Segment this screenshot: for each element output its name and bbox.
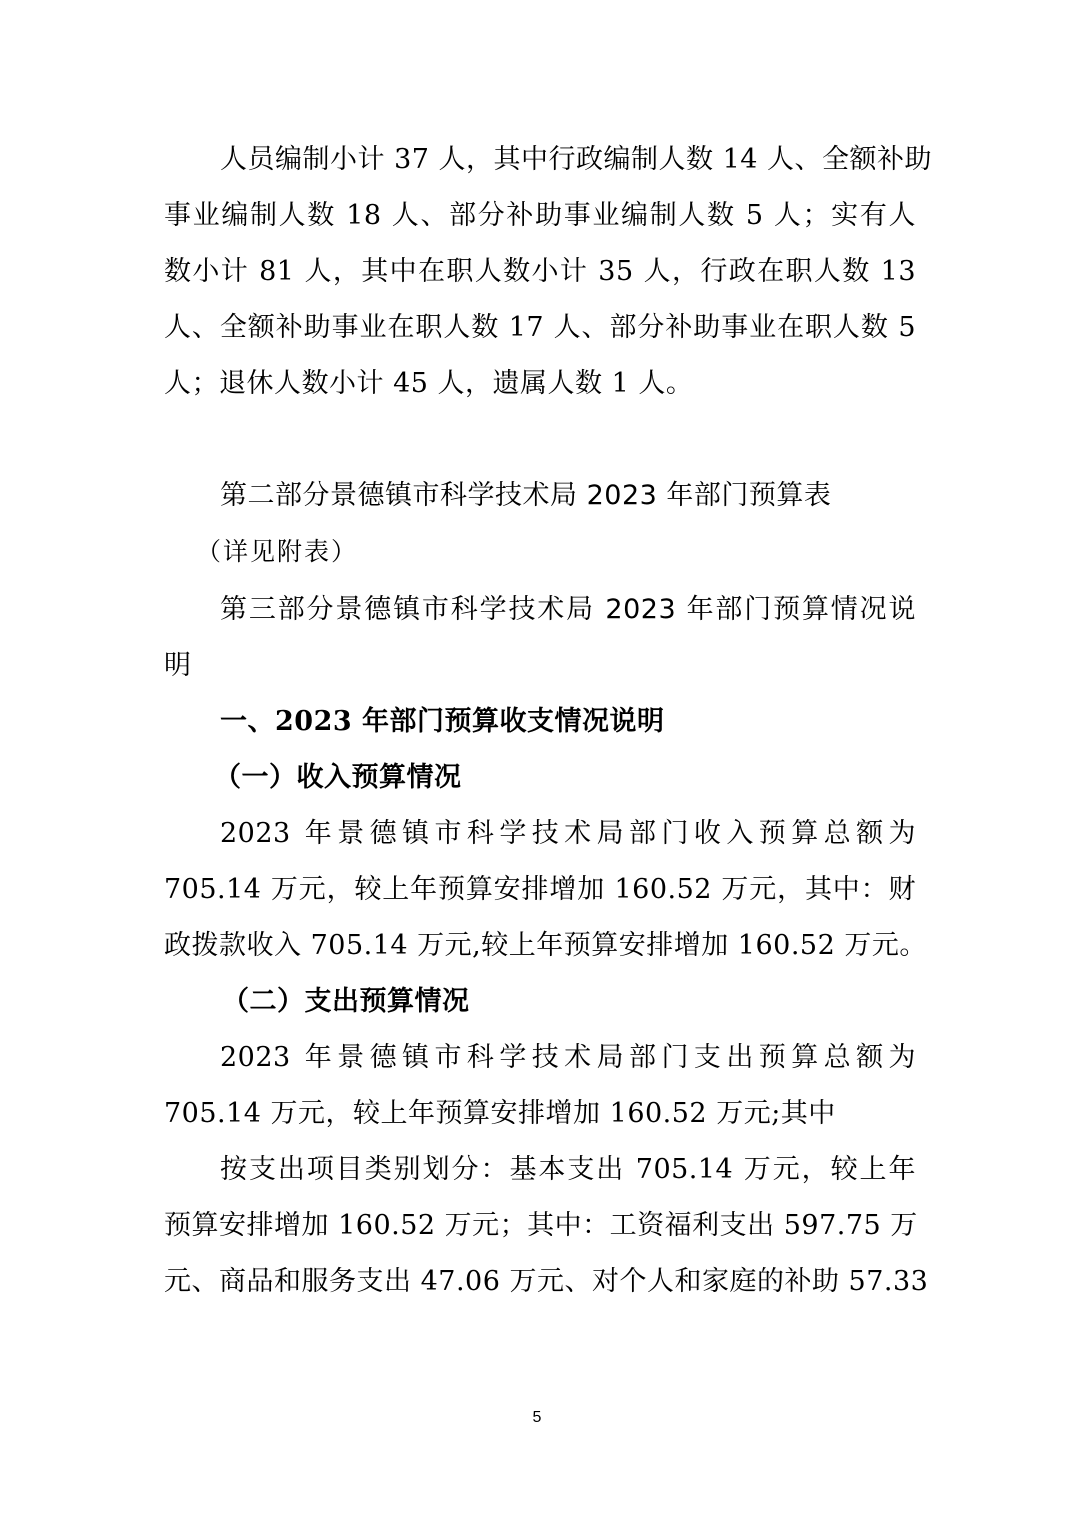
- income-line-2: 705.14 万元，较上年预算安排增加 160.52 万元，其中：财: [164, 870, 916, 910]
- staffing-line-4: 人、全额补助事业在职人数 17 人、部分补助事业在职人数 5: [164, 308, 916, 348]
- part-two-title: 第二部分景德镇市科学技术局 2023 年部门预算表: [220, 476, 916, 516]
- staffing-line-5: 人；退休人数小计 45 人，遗属人数 1 人。: [164, 364, 916, 404]
- expense-line-2: 705.14 万元，较上年预算安排增加 160.52 万元;其中: [164, 1094, 916, 1134]
- staffing-line-2: 事业编制人数 18 人、部分补助事业编制人数 5 人；实有人: [164, 196, 916, 236]
- expense-subtitle: （二）支出预算情况: [222, 982, 974, 1022]
- staffing-line-3: 数小计 81 人，其中在职人数小计 35 人，行政在职人数 13: [164, 252, 916, 292]
- expense-category-line-2: 预算安排增加 160.52 万元；其中：工资福利支出 597.75 万: [164, 1206, 916, 1246]
- document-page: 人员编制小计 37 人，其中行政编制人数 14 人、全额补助 事业编制人数 18…: [0, 0, 1074, 1520]
- part-two-note: （详见附表）: [196, 532, 948, 572]
- expense-category-line-1: 按支出项目类别划分：基本支出 705.14 万元，较上年: [220, 1150, 916, 1190]
- part-three-title-line-1: 第三部分景德镇市科学技术局 2023 年部门预算情况说: [220, 590, 916, 630]
- expense-category-line-3: 元、商品和服务支出 47.06 万元、对个人和家庭的补助 57.33: [164, 1262, 916, 1302]
- income-line-3: 政拨款收入 705.14 万元,较上年预算安排增加 160.52 万元。: [164, 926, 916, 966]
- part-three-title-line-2: 明: [164, 646, 916, 686]
- income-subtitle: （一）收入预算情况: [214, 758, 966, 798]
- expense-line-1: 2023 年景德镇市科学技术局部门支出预算总额为: [220, 1038, 916, 1078]
- staffing-line-1: 人员编制小计 37 人，其中行政编制人数 14 人、全额补助: [220, 140, 916, 180]
- page-number: 5: [0, 1408, 1074, 1428]
- section-one-title: 一、2023 年部门预算收支情况说明: [220, 702, 916, 742]
- income-line-1: 2023 年景德镇市科学技术局部门收入预算总额为: [220, 814, 916, 854]
